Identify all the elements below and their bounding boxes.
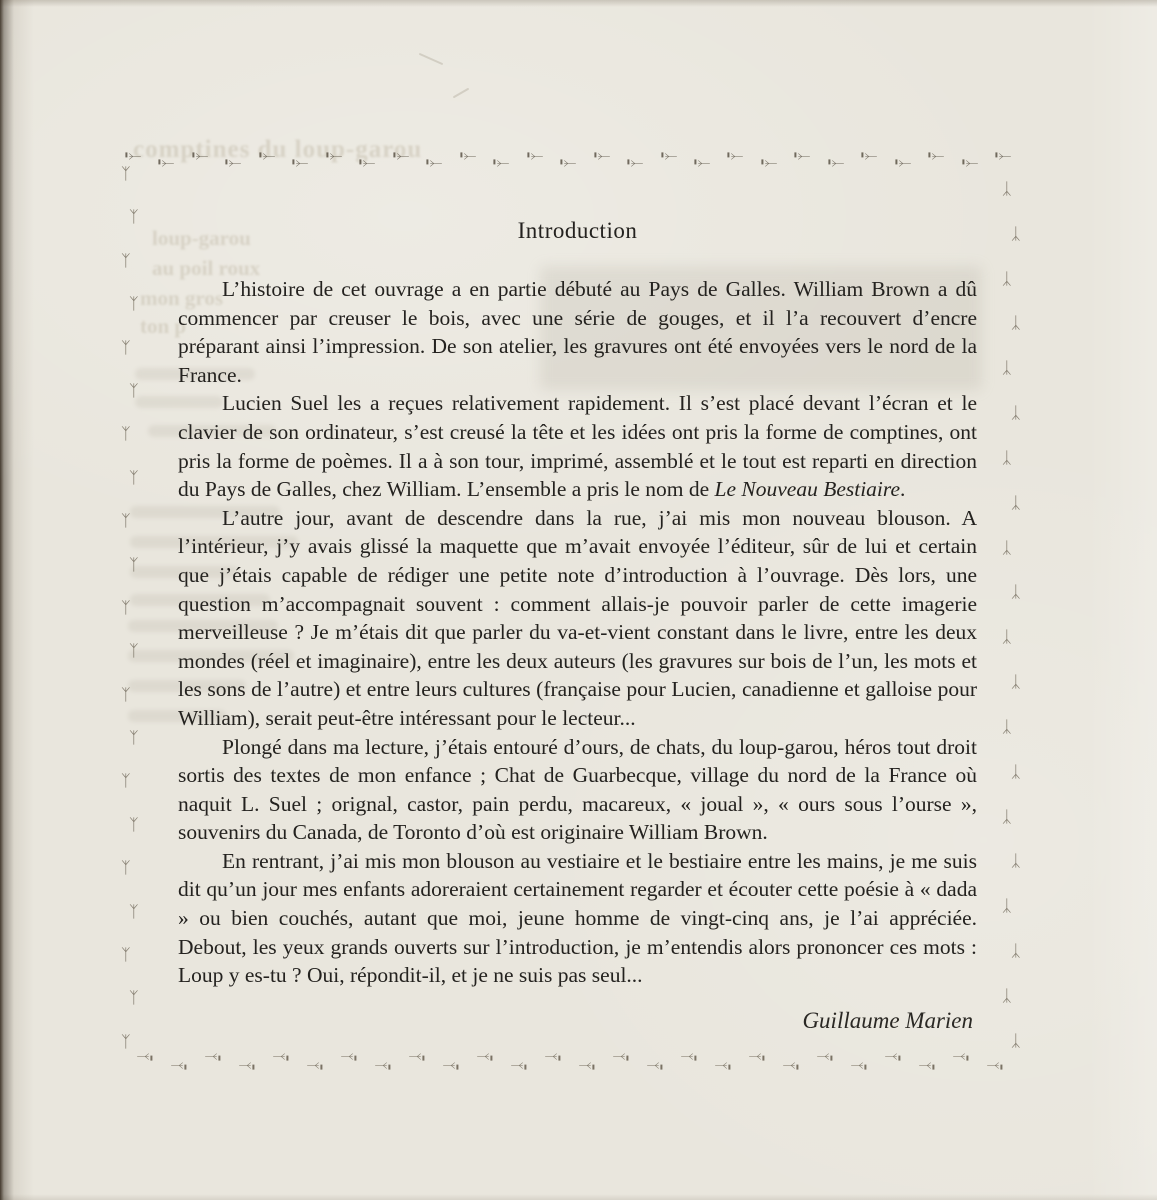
bird-track-icon: ᛉ [135, 1053, 148, 1061]
bird-track-icon: ᛉ [698, 160, 711, 168]
bird-track-icon: ᛉ [129, 904, 139, 920]
bird-track-icon: ᛉ [883, 1053, 896, 1061]
bird-tracks-left: ᛉᛉᛉᛉᛉᛉᛉᛉᛉᛉᛉᛉᛉᛉᛉᛉᛉᛉᛉᛉᛉ [121, 166, 139, 1050]
bird-track-icon: ᛉ [933, 153, 946, 161]
bird-track-icon: ᛉ [747, 1053, 760, 1061]
paragraph: L’histoire de cet ouvrage a en partie dé… [178, 275, 977, 389]
bird-track-icon: ᛉ [1002, 808, 1012, 824]
bird-track-icon: ᛉ [330, 153, 343, 161]
bird-track-icon: ᛉ [985, 1062, 998, 1070]
bird-track-icon: ᛉ [230, 160, 243, 168]
pencil-mark [453, 88, 470, 99]
bird-track-icon: ᛉ [781, 1062, 794, 1070]
bird-track-icon: ᛉ [1002, 180, 1012, 196]
paragraph: Lucien Suel les a reçues relativement ra… [178, 389, 977, 503]
bird-track-icon: ᛉ [129, 383, 139, 399]
bird-track-icon: ᛉ [498, 160, 511, 168]
bird-track-icon: ᛉ [1011, 225, 1021, 241]
bird-track-icon: ᛉ [1002, 539, 1012, 555]
paragraph: En rentrant, j’ai mis mon blouson au ves… [178, 847, 977, 990]
bird-track-icon: ᛉ [611, 1053, 624, 1061]
bird-track-icon: ᛉ [196, 153, 209, 161]
bird-track-icon: ᛉ [577, 1062, 590, 1070]
bird-track-icon: ᛉ [1011, 673, 1021, 689]
bird-track-icon: ᛉ [645, 1062, 658, 1070]
bird-track-icon: ᛉ [1011, 494, 1021, 510]
bird-track-icon: ᛉ [598, 153, 611, 161]
bird-tracks-right: ᛉᛉᛉᛉᛉᛉᛉᛉᛉᛉᛉᛉᛉᛉᛉᛉᛉᛉᛉᛉ [1002, 180, 1021, 1048]
pencil-mark [419, 53, 444, 65]
bird-track-icon: ᛉ [407, 1053, 420, 1061]
bird-tracks-top: ᛉᛉᛉᛉᛉᛉᛉᛉᛉᛉᛉᛉᛉᛉᛉᛉᛉᛉᛉᛉᛉᛉᛉᛉᛉᛉᛉ [132, 150, 1010, 170]
bird-track-icon: ᛉ [397, 153, 410, 161]
bird-track-icon: ᛉ [1011, 852, 1021, 868]
scanned-book-page: comptines du loup-garou loup-garou au po… [0, 0, 1157, 1200]
bird-track-icon: ᛉ [121, 687, 131, 703]
bird-track-icon: ᛉ [815, 1053, 828, 1061]
bird-track-icon: ᛉ [1011, 763, 1021, 779]
bird-track-icon: ᛉ [121, 340, 131, 356]
author-signature: Guillaume Marien [178, 1008, 977, 1034]
bird-track-icon: ᛉ [475, 1053, 488, 1061]
bird-track-icon: ᛉ [899, 160, 912, 168]
bird-track-icon: ᛉ [917, 1062, 930, 1070]
bird-track-icon: ᛉ [1011, 404, 1021, 420]
introduction-text-block: Introduction L’histoire de cet ouvrage a… [178, 218, 977, 1034]
bird-track-icon: ᛉ [121, 426, 131, 442]
bird-tracks-bottom: ᛉᛉᛉᛉᛉᛉᛉᛉᛉᛉᛉᛉᛉᛉᛉᛉᛉᛉᛉᛉᛉᛉᛉᛉᛉᛉ [138, 1050, 996, 1072]
bird-track-icon: ᛉ [129, 990, 139, 1006]
bird-track-icon: ᛉ [1011, 1032, 1021, 1048]
bird-track-icon: ᛉ [713, 1062, 726, 1070]
page-title: Introduction [178, 218, 977, 244]
bird-track-icon: ᛉ [121, 513, 131, 529]
bird-track-icon: ᛉ [305, 1062, 318, 1070]
bird-track-icon: ᛉ [543, 1053, 556, 1061]
paragraph-text: . [900, 477, 905, 501]
paragraph: Plongé dans ma lecture, j’étais entouré … [178, 733, 977, 847]
bird-track-icon: ᛉ [364, 160, 377, 168]
bird-track-icon: ᛉ [263, 153, 276, 161]
bird-track-icon: ᛉ [169, 1062, 182, 1070]
bird-track-icon: ᛉ [799, 153, 812, 161]
bird-track-icon: ᛉ [431, 160, 444, 168]
bird-track-icon: ᛉ [1011, 583, 1021, 599]
bird-track-icon: ᛉ [732, 153, 745, 161]
bird-track-icon: ᛉ [129, 557, 139, 573]
bird-track-icon: ᛉ [1002, 449, 1012, 465]
book-title-italic: Le Nouveau Bestiaire [715, 477, 901, 501]
bird-track-icon: ᛉ [271, 1053, 284, 1061]
bird-track-icon: ᛉ [121, 860, 131, 876]
bird-track-icon: ᛉ [832, 160, 845, 168]
bird-track-icon: ᛉ [121, 253, 131, 269]
bird-track-icon: ᛉ [1011, 314, 1021, 330]
bird-track-icon: ᛉ [129, 209, 139, 225]
bird-track-icon: ᛉ [129, 153, 142, 161]
bird-track-icon: ᛉ [129, 643, 139, 659]
bird-track-icon: ᛉ [163, 160, 176, 168]
bird-track-icon: ᛉ [121, 600, 131, 616]
bird-track-icon: ᛉ [121, 1034, 131, 1050]
bird-track-icon: ᛉ [339, 1053, 352, 1061]
bird-track-icon: ᛉ [951, 1053, 964, 1061]
paragraph: L’autre jour, avant de descendre dans la… [178, 504, 977, 733]
bird-track-icon: ᛉ [565, 160, 578, 168]
bird-track-icon: ᛉ [1011, 942, 1021, 958]
bird-track-icon: ᛉ [121, 947, 131, 963]
bird-track-icon: ᛉ [129, 296, 139, 312]
bird-track-icon: ᛉ [441, 1062, 454, 1070]
bird-track-icon: ᛉ [509, 1062, 522, 1070]
bird-track-icon: ᛉ [1000, 153, 1013, 161]
bird-track-icon: ᛉ [765, 160, 778, 168]
bird-track-icon: ᛉ [464, 153, 477, 161]
bird-track-icon: ᛉ [373, 1062, 386, 1070]
bird-track-icon: ᛉ [1002, 270, 1012, 286]
bird-track-icon: ᛉ [203, 1053, 216, 1061]
bird-track-icon: ᛉ [849, 1062, 862, 1070]
bird-track-icon: ᛉ [121, 773, 131, 789]
bird-track-icon: ᛉ [1002, 987, 1012, 1003]
bird-track-icon: ᛉ [665, 153, 678, 161]
bird-track-icon: ᛉ [129, 470, 139, 486]
bird-track-icon: ᛉ [866, 153, 879, 161]
bird-track-icon: ᛉ [966, 160, 979, 168]
bird-track-icon: ᛉ [631, 160, 644, 168]
bird-track-icon: ᛉ [121, 166, 131, 182]
bird-track-icon: ᛉ [129, 730, 139, 746]
bird-track-icon: ᛉ [129, 817, 139, 833]
bird-track-icon: ᛉ [297, 160, 310, 168]
bird-track-icon: ᛉ [1002, 718, 1012, 734]
bird-track-icon: ᛉ [1002, 897, 1012, 913]
bird-track-icon: ᛉ [237, 1062, 250, 1070]
bird-track-icon: ᛉ [1002, 359, 1012, 375]
bird-track-icon: ᛉ [1002, 628, 1012, 644]
bird-track-icon: ᛉ [531, 153, 544, 161]
bird-track-icon: ᛉ [679, 1053, 692, 1061]
